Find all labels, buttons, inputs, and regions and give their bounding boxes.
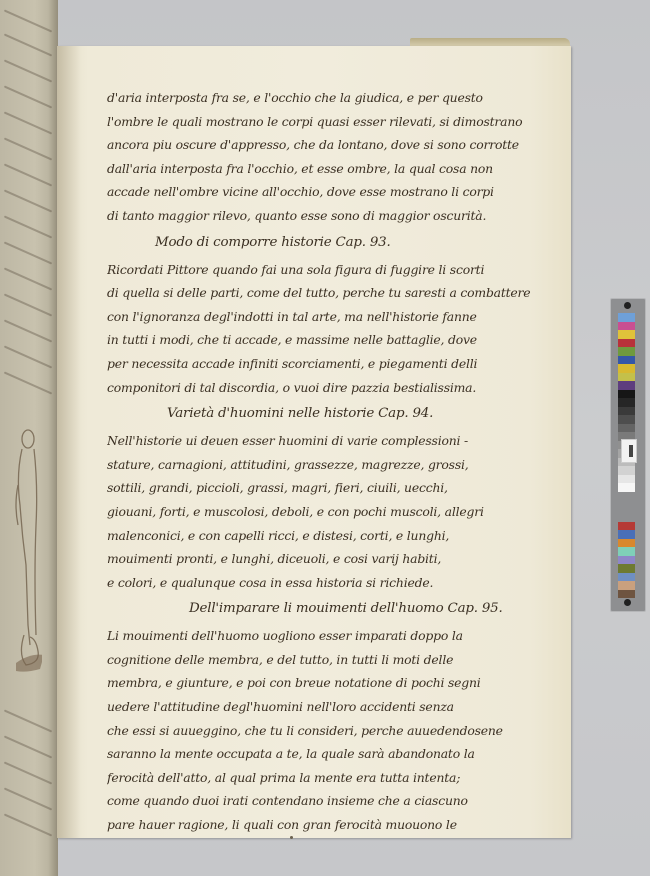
color-swatch	[618, 466, 635, 475]
color-swatch	[618, 556, 635, 565]
text-line: uedere l'attitudine degl'huomini nell'lo…	[107, 695, 537, 719]
mount-hole-icon	[624, 599, 631, 606]
color-swatch	[618, 581, 635, 590]
color-swatch	[618, 398, 635, 407]
text-line: ancora piu oscure d'appresso, che da lon…	[107, 133, 537, 157]
ink-dot	[290, 836, 293, 839]
text-line: come quando duoi irati contendano insiem…	[107, 789, 537, 813]
figure-sketch-icon	[10, 425, 42, 675]
text-line: cognitione delle membra, e del tutto, in…	[107, 648, 537, 672]
color-swatch	[618, 415, 635, 424]
color-swatch	[618, 539, 635, 548]
text-line: mouimenti pronti, e lunghi, diceuoli, e …	[107, 547, 537, 571]
text-line: che essi si auueggino, che tu li conside…	[107, 719, 537, 743]
chapter-heading: Dell'imparare li mouimenti dell'huomo Ca…	[107, 594, 537, 624]
text-line: l'ombre le quali mostrano le corpi quasi…	[107, 110, 537, 134]
color-swatch	[618, 590, 635, 599]
color-swatch	[618, 364, 635, 373]
color-swatch	[618, 564, 635, 573]
color-swatch	[618, 573, 635, 582]
facing-page-left	[0, 0, 58, 876]
text-line: Nell'historie ui deuen esser huomini di …	[107, 429, 537, 453]
color-swatch	[618, 322, 635, 331]
color-swatch	[618, 547, 635, 556]
text-line: di quella si delle parti, come del tutto…	[107, 281, 537, 305]
color-swatch	[618, 330, 635, 339]
color-swatch	[618, 475, 635, 484]
text-line: accade nell'ombre vicine all'occhio, dov…	[107, 180, 537, 204]
manuscript-page: d'aria interposta fra se, e l'occhio che…	[57, 46, 571, 838]
text-line: pare hauer ragione, li quali con gran fe…	[107, 813, 537, 837]
text-line: saranno la mente occupata a te, la quale…	[107, 742, 537, 766]
color-swatch	[618, 356, 635, 365]
text-line: di tanto maggior rilevo, quanto esse son…	[107, 204, 537, 228]
color-swatch	[618, 407, 635, 416]
color-swatch	[618, 339, 635, 348]
text-line: per necessita accade infiniti scorciamen…	[107, 352, 537, 376]
text-line: ferocità dell'atto, al qual prima la men…	[107, 766, 537, 790]
text-line: membra, e giunture, e poi con breue nota…	[107, 671, 537, 695]
color-swatch	[618, 373, 635, 382]
text-line: in tutti i modi, che ti accade, e massim…	[107, 328, 537, 352]
chapter-heading: Modo di comporre historie Cap. 93.	[107, 228, 537, 258]
text-line: dall'aria interposta fra l'occhio, et es…	[107, 157, 537, 181]
color-calibration-target	[610, 298, 646, 612]
text-line: malenconici, e con capelli ricci, e dist…	[107, 524, 537, 548]
text-line: sottili, grandi, piccioli, grassi, magri…	[107, 476, 537, 500]
color-swatch	[618, 313, 635, 322]
chapter-heading: Varietà d'huomini nelle historie Cap. 94…	[107, 399, 537, 429]
mount-hole-icon	[624, 302, 631, 309]
text-line: d'aria interposta fra se, e l'occhio che…	[107, 86, 537, 110]
color-swatch	[618, 522, 635, 531]
manuscript-text: d'aria interposta fra se, e l'occhio che…	[107, 86, 537, 837]
target-label	[621, 439, 637, 463]
text-line: componitori di tal discordia, o vuoi dir…	[107, 376, 537, 400]
text-line: stature, carnagioni, attitudini, grassez…	[107, 453, 537, 477]
color-swatch	[618, 424, 635, 433]
color-swatch	[618, 347, 635, 356]
text-line: giouani, forti, e muscolosi, deboli, e c…	[107, 500, 537, 524]
text-line: Li mouimenti dell'huomo uogliono esser i…	[107, 624, 537, 648]
color-swatch	[618, 381, 635, 390]
color-swatch	[618, 390, 635, 399]
text-line: e colori, e qualunque cosa in essa histo…	[107, 571, 537, 595]
text-line: Ricordati Pittore quando fai una sola fi…	[107, 258, 537, 282]
text-line: con l'ignoranza degl'indotti in tal arte…	[107, 305, 537, 329]
color-swatch	[618, 483, 635, 492]
color-swatch	[618, 530, 635, 539]
